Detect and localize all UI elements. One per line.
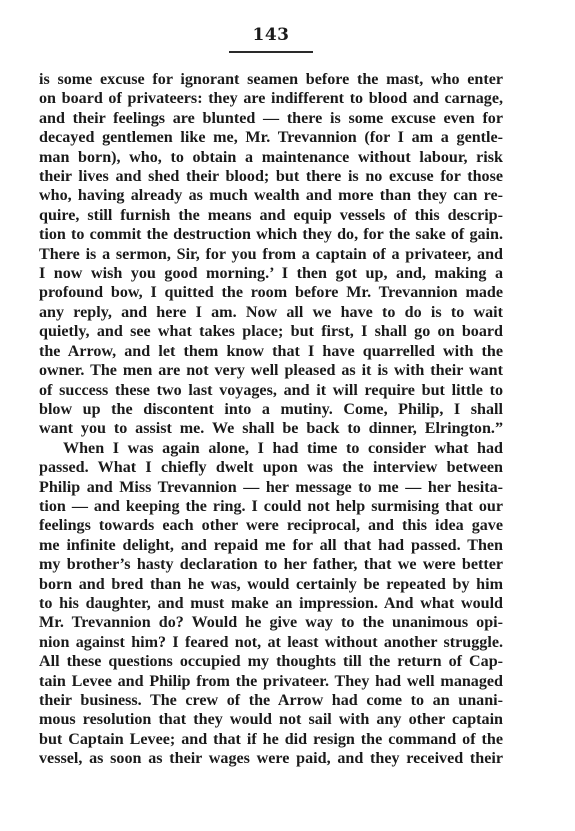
text-line: tion to commit the destruction which the… bbox=[39, 225, 503, 244]
text-line: but Captain Levee; and that if he did re… bbox=[39, 730, 503, 749]
text-line: who, having already as much wealth and m… bbox=[39, 186, 503, 205]
book-page: 143 is some excuse for ignorant seamen b… bbox=[0, 0, 575, 831]
text-line: tain Levee and Philip from the privateer… bbox=[39, 672, 503, 691]
page-body-text: is some excuse for ignorant seamen befor… bbox=[39, 70, 503, 769]
text-line: tion — and keeping the ring. I could not… bbox=[39, 497, 503, 516]
text-line: is some excuse for ignorant seamen befor… bbox=[39, 70, 503, 89]
text-line: All these questions occupied my thoughts… bbox=[39, 652, 503, 671]
text-line: their lives and shed their blood; but th… bbox=[39, 167, 503, 186]
header-rule bbox=[229, 51, 313, 53]
text-line: and their feelings are blunted — there i… bbox=[39, 109, 503, 128]
text-line: my brother’s hasty declaration to her fa… bbox=[39, 555, 503, 574]
text-line: blow up the discontent into a mutiny. Co… bbox=[39, 400, 503, 419]
text-line: decayed gentlemen like me, Mr. Trevannio… bbox=[39, 128, 503, 147]
text-line: owner. The men are not very well pleased… bbox=[39, 361, 503, 380]
text-line: of success these two last voyages, and i… bbox=[39, 381, 503, 400]
text-line: me infinite delight, and repaid me for a… bbox=[39, 536, 503, 555]
text-line: feelings towards each other were recipro… bbox=[39, 516, 503, 535]
text-line: mous resolution that they would not sail… bbox=[39, 710, 503, 729]
page-number: 143 bbox=[229, 25, 313, 45]
text-line: vessel, as soon as their wages were paid… bbox=[39, 749, 503, 768]
text-line: on board of privateers: they are indiffe… bbox=[39, 89, 503, 108]
text-line: passed. What I chiefly dwelt upon was th… bbox=[39, 458, 503, 477]
paragraph-start-line: When I was again alone, I had time to co… bbox=[39, 439, 503, 458]
text-line: man born), who, to obtain a maintenance … bbox=[39, 148, 503, 167]
text-line: profound bow, I quitted the room before … bbox=[39, 283, 503, 302]
text-line: to his daughter, and must make an impres… bbox=[39, 594, 503, 613]
text-line: nion against him? I feared not, at least… bbox=[39, 633, 503, 652]
text-line: quietly, and see what takes place; but f… bbox=[39, 322, 503, 341]
text-line: born and bred than he was, would certain… bbox=[39, 575, 503, 594]
text-line: There is a sermon, Sir, for you from a c… bbox=[39, 245, 503, 264]
text-line: want you to assist me. We shall be back … bbox=[39, 419, 503, 438]
text-line: quire, still furnish the means and equip… bbox=[39, 206, 503, 225]
text-line: their business. The crew of the Arrow ha… bbox=[39, 691, 503, 710]
text-line: I now wish you good morning.’ I then got… bbox=[39, 264, 503, 283]
text-line: Philip and Miss Trevannion — her message… bbox=[39, 478, 503, 497]
text-line: any reply, and here I am. Now all we hav… bbox=[39, 303, 503, 322]
text-line: the Arrow, and let them know that I have… bbox=[39, 342, 503, 361]
text-line: Mr. Trevannion do? Would he give way to … bbox=[39, 613, 503, 632]
